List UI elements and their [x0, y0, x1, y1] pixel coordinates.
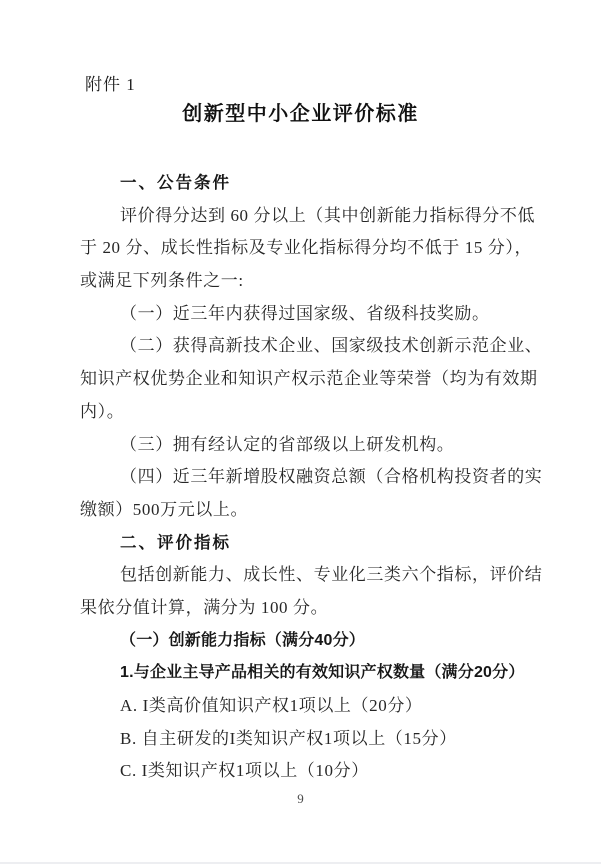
text-line: 缴额）500万元以上。: [80, 494, 522, 527]
text-line: 知识产权优势企业和知识产权示范企业等荣誉（均为有效期: [80, 363, 522, 396]
document-page: 附件 1 创新型中小企业评价标准 一、公告条件 评价得分达到 60 分以上（其中…: [0, 0, 601, 864]
subsection-heading: （一）创新能力指标（满分40分）: [80, 625, 522, 658]
text-line: （一）近三年内获得过国家级、省级科技奖励。: [80, 298, 522, 331]
text-line: 包括创新能力、成长性、专业化三类六个指标，评价结: [80, 559, 522, 592]
text-line: B. 自主研发的I类知识产权1项以上（15分）: [80, 723, 522, 756]
text-line: 或满足下列条件之一:: [80, 265, 522, 298]
text-line: A. I类高价值知识产权1项以上（20分）: [80, 690, 522, 723]
page-title: 创新型中小企业评价标准: [0, 97, 601, 126]
text-line: 于 20 分、成长性指标及专业化指标得分均不低于 15 分），: [80, 232, 522, 265]
text-line: 果依分值计算，满分为 100 分。: [80, 592, 522, 625]
document-body: 一、公告条件 评价得分达到 60 分以上（其中创新能力指标得分不低 于 20 分…: [80, 167, 522, 788]
text-line: （四）近三年新增股权融资总额（合格机构投资者的实: [80, 461, 522, 494]
subsection-heading: 1.与企业主导产品相关的有效知识产权数量（满分20分）: [80, 657, 522, 690]
section-heading: 二、评价指标: [80, 527, 522, 560]
text-line: （三）拥有经认定的省部级以上研发机构。: [80, 429, 522, 462]
text-line: （二）获得高新技术企业、国家级技术创新示范企业、: [80, 330, 522, 363]
section-heading: 一、公告条件: [80, 167, 522, 200]
text-line: C. I类知识产权1项以上（10分）: [80, 755, 522, 788]
text-line: 评价得分达到 60 分以上（其中创新能力指标得分不低: [80, 200, 522, 233]
text-line: 内）。: [80, 396, 522, 429]
attachment-label: 附件 1: [85, 70, 136, 95]
page-number: 9: [0, 791, 601, 807]
